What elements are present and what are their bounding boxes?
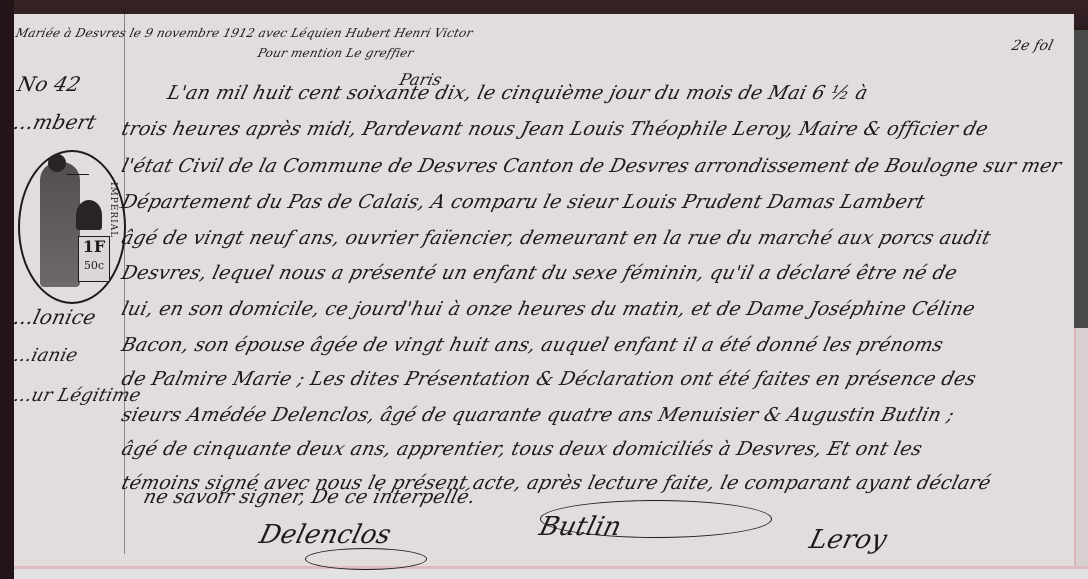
signature-witness-delenclos: Delenclos xyxy=(256,520,394,550)
margin-name-fragment: ...lonice xyxy=(11,305,99,329)
record-line: trois heures après midi, Pardevant nous … xyxy=(119,118,990,140)
signature-flourish xyxy=(540,500,772,538)
record-line: sieurs Amédée Delenclos, âgé de quarante… xyxy=(119,404,956,426)
scan-bottom-edge xyxy=(14,566,1088,579)
folio-mark: 2e fol xyxy=(1010,38,1055,54)
record-line: Département du Pas de Calais, A comparu … xyxy=(119,191,927,213)
scan-right-edge xyxy=(1074,328,1088,568)
record-line: Bacon, son épouse âgée de vingt huit ans… xyxy=(119,334,945,356)
record-line: de Palmire Marie ; Les dites Présentatio… xyxy=(119,368,978,390)
signature-mayor-leroy: Leroy xyxy=(806,525,890,555)
margin-name-fragment: ...mbert xyxy=(11,110,99,134)
record-line: ne savoir signer, De ce interpellé. xyxy=(141,486,478,508)
record-line: L'an mil huit cent soixante dix, le cinq… xyxy=(165,82,870,104)
record-line: Desvres, lequel nous a présenté un enfan… xyxy=(119,262,959,284)
justice-head-icon xyxy=(48,154,66,172)
marriage-annotation-line1: Mariée à Desvres le 9 novembre 1912 avec… xyxy=(14,26,474,40)
signature-flourish xyxy=(305,548,427,570)
record-line: lui, en son domicile, ce jourd'hui à onz… xyxy=(119,298,977,320)
entry-number: No 42 xyxy=(15,72,83,96)
scan-right-strip xyxy=(1074,30,1088,328)
scan-left-border xyxy=(0,0,14,579)
margin-name-fragment: ...ianie xyxy=(11,345,80,366)
record-line: âgé de vingt neuf ans, ouvrier faïencier… xyxy=(119,227,993,249)
marriage-annotation-line2: Pour mention Le greffier xyxy=(256,46,415,60)
stamp-value-box: 1F 50c xyxy=(78,236,110,282)
lion-icon xyxy=(76,200,102,230)
record-line: âgé de cinquante deux ans, apprentier, t… xyxy=(119,438,924,460)
record-line: l'état Civil de la Commune de Desvres Ca… xyxy=(119,155,1063,177)
stamp-centimes: 50c xyxy=(79,257,109,275)
imperial-tax-stamp: 1F 50c IMPÉRIAL xyxy=(18,150,126,304)
stamp-label: IMPÉRIAL xyxy=(104,182,118,238)
stamp-francs: 1F xyxy=(79,237,109,257)
scales-icon xyxy=(67,174,89,195)
